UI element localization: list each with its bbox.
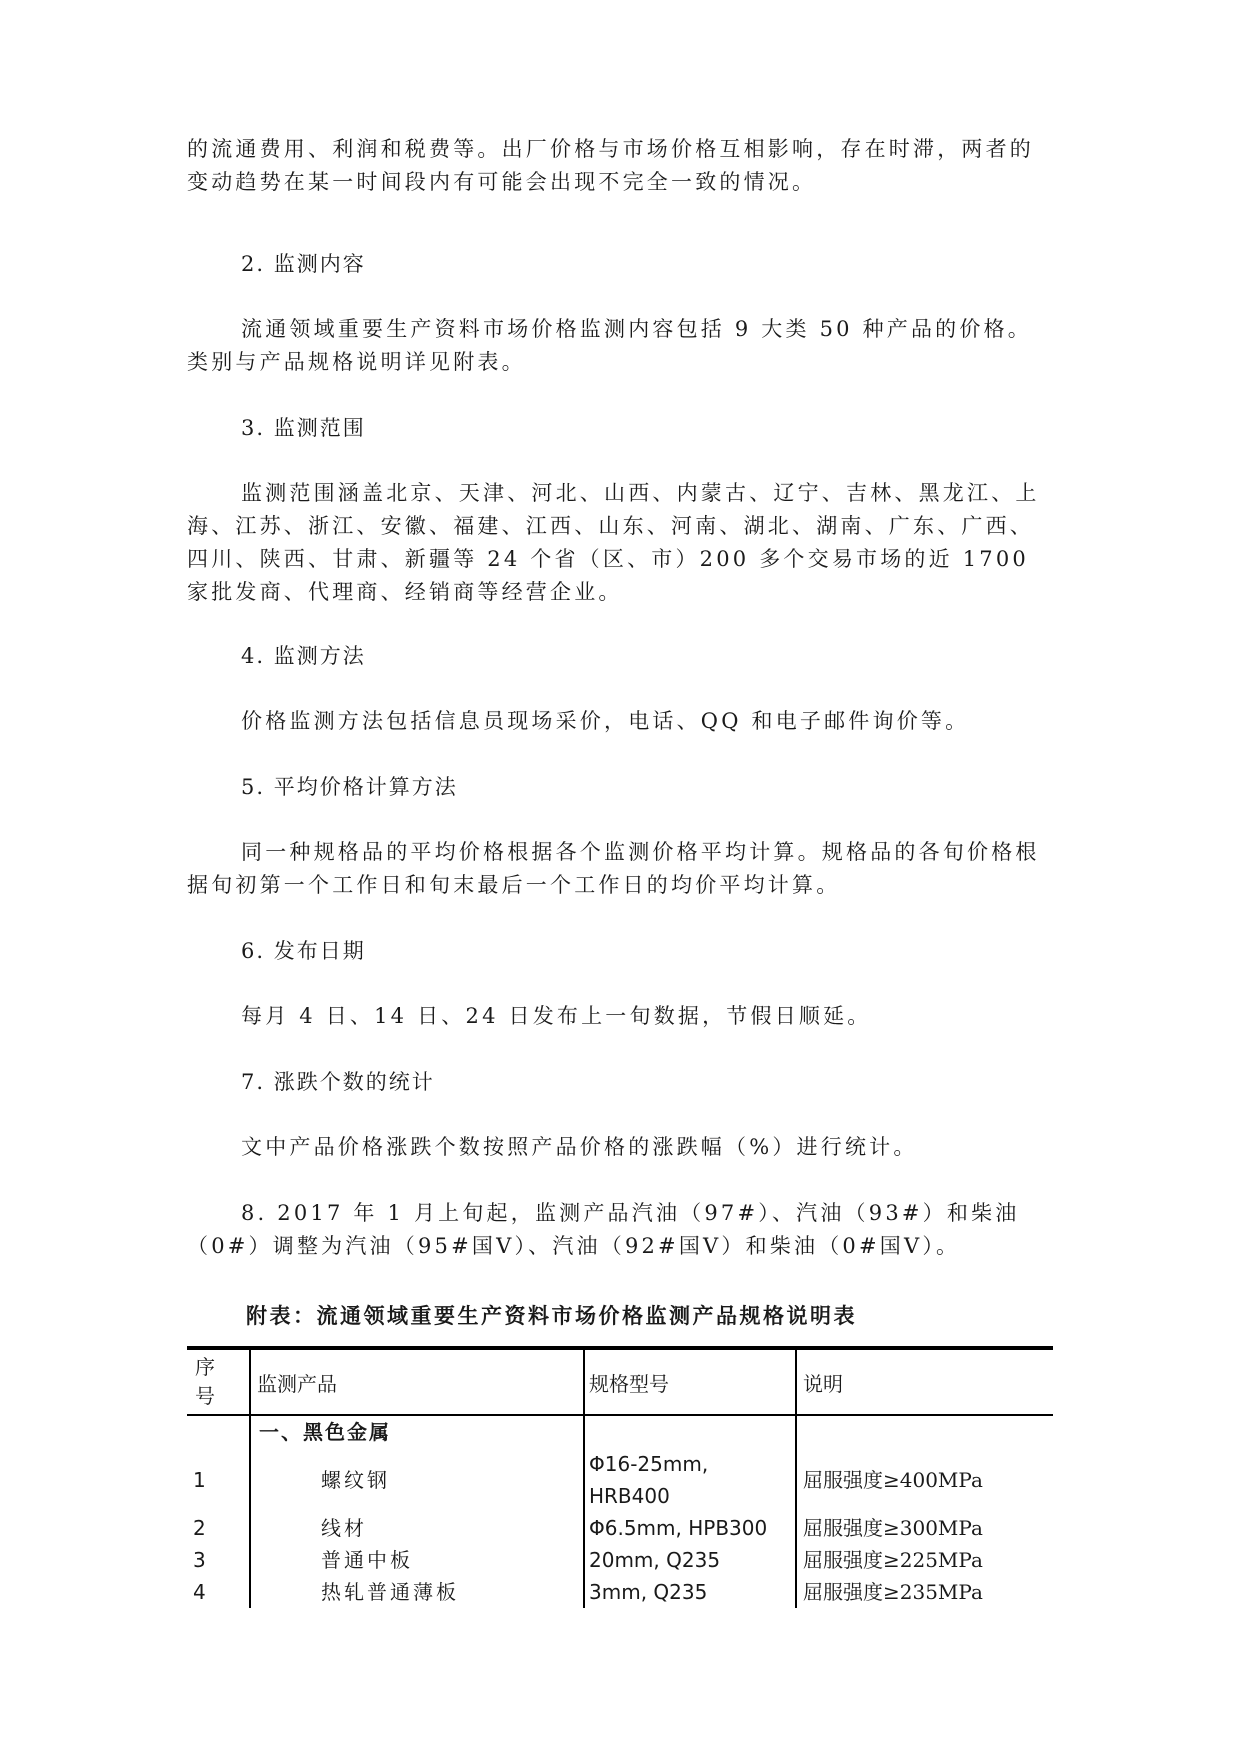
table-title: 附表：流通领域重要生产资料市场价格监测产品规格说明表 [246,1300,857,1330]
header-note: 说明 [796,1348,1053,1415]
section-heading-rise-fall-stats: 7. 涨跌个数的统计 [241,1066,435,1099]
intro-continuation-paragraph: 的流通费用、利润和税费等。出厂价格与市场价格互相影响，存在时滞，两者的变动趋势在… [187,133,1053,199]
header-product: 监测产品 [250,1348,584,1415]
cell-spec: 20mm, Q235 [584,1544,796,1576]
cell-spec: Φ16-25mm, HRB400 [584,1448,796,1512]
table-row: 3 普通中板 20mm, Q235 屈服强度≥225MPa [187,1544,1053,1576]
table-category-row: 一、黑色金属 [187,1415,1053,1448]
cell-product: 热轧普通薄板 [250,1576,584,1608]
table-row: 1 螺纹钢 Φ16-25mm, HRB400 屈服强度≥400MPa [187,1448,1053,1512]
cell-note: 屈服强度≥235MPa [796,1576,1053,1608]
section-heading-monitoring-content: 2. 监测内容 [241,248,366,281]
section-heading-monitoring-method: 4. 监测方法 [241,640,366,673]
section-heading-monitoring-scope: 3. 监测范围 [241,412,366,445]
section-body-monitoring-scope: 监测范围涵盖北京、天津、河北、山西、内蒙古、辽宁、吉林、黑龙江、上海、江苏、浙江… [187,477,1053,609]
section-body-average-price-method: 同一种规格品的平均价格根据各个监测价格平均计算。规格品的各旬价格根据旬初第一个工… [187,836,1053,902]
table-header-row: 序 号 监测产品 规格型号 说明 [187,1348,1053,1415]
cell-seq: 2 [187,1512,250,1544]
product-spec-table: 序 号 监测产品 规格型号 说明 一、黑色金属 1 螺纹钢 Φ16-25mm, … [187,1346,1053,1608]
section-body-monitoring-method: 价格监测方法包括信息员现场采价，电话、QQ 和电子邮件询价等。 [187,705,1053,738]
section-heading-release-date: 6. 发布日期 [241,935,366,968]
cell-spec: 3mm, Q235 [584,1576,796,1608]
category-label: 一、黑色金属 [250,1415,584,1448]
note-8-paragraph: 8. 2017 年 1 月上旬起，监测产品汽油（97#）、汽油（93#）和柴油（… [187,1197,1053,1263]
cell-product: 线材 [250,1512,584,1544]
table-row: 4 热轧普通薄板 3mm, Q235 屈服强度≥235MPa [187,1576,1053,1608]
section-body-monitoring-content: 流通领域重要生产资料市场价格监测内容包括 9 大类 50 种产品的价格。类别与产… [187,313,1053,379]
cell-note: 屈服强度≥400MPa [796,1448,1053,1512]
cell-product: 螺纹钢 [250,1448,584,1512]
header-seq-line1: 序 [195,1355,215,1379]
cell-seq: 3 [187,1544,250,1576]
cell-seq: 4 [187,1576,250,1608]
header-seq: 序 号 [187,1348,250,1415]
cell-product: 普通中板 [250,1544,584,1576]
table-row: 2 线材 Φ6.5mm, HPB300 屈服强度≥300MPa [187,1512,1053,1544]
section-body-release-date: 每月 4 日、14 日、24 日发布上一旬数据，节假日顺延。 [187,1000,1053,1033]
cell-spec: Φ6.5mm, HPB300 [584,1512,796,1544]
cell-seq: 1 [187,1448,250,1512]
cell-note: 屈服强度≥300MPa [796,1512,1053,1544]
section-heading-average-price-method: 5. 平均价格计算方法 [241,771,458,804]
header-spec: 规格型号 [584,1348,796,1415]
cell-note: 屈服强度≥225MPa [796,1544,1053,1576]
section-body-rise-fall-stats: 文中产品价格涨跌个数按照产品价格的涨跌幅（%）进行统计。 [187,1131,1053,1164]
header-seq-line2: 号 [195,1384,215,1408]
